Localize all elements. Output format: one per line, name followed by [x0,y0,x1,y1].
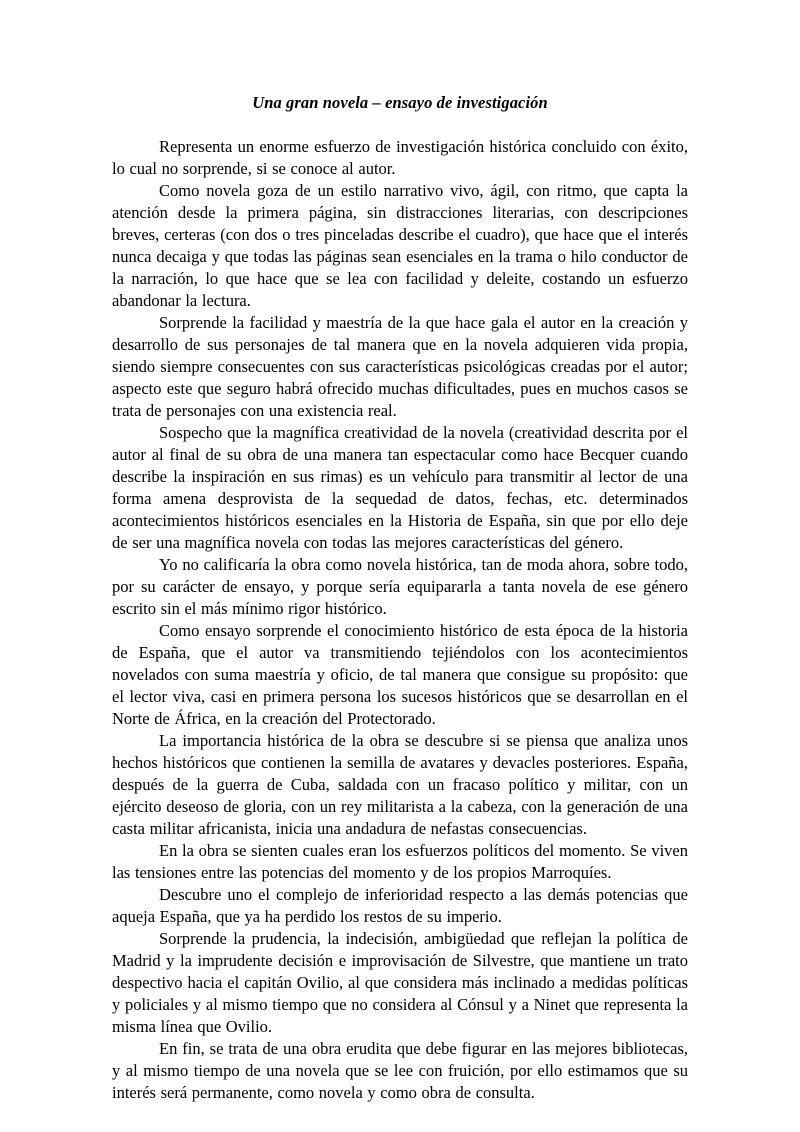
document-page: Una gran novela – ensayo de investigació… [0,0,800,1132]
paragraph: Sorprende la prudencia, la indecisión, a… [112,928,688,1038]
paragraph: En fin, se trata de una obra erudita que… [112,1038,688,1104]
document-body: Representa un enorme esfuerzo de investi… [112,136,688,1104]
paragraph: Descubre uno el complejo de inferioridad… [112,884,688,928]
paragraph: Representa un enorme esfuerzo de investi… [112,136,688,180]
paragraph: Como ensayo sorprende el conocimiento hi… [112,620,688,730]
paragraph: La importancia histórica de la obra se d… [112,730,688,840]
paragraph: Sospecho que la magnífica creatividad de… [112,422,688,554]
paragraph: Yo no calificaría la obra como novela hi… [112,554,688,620]
document-title: Una gran novela – ensayo de investigació… [112,92,688,114]
paragraph: En la obra se sienten cuales eran los es… [112,840,688,884]
paragraph: Sorprende la facilidad y maestría de la … [112,312,688,422]
paragraph: Como novela goza de un estilo narrativo … [112,180,688,312]
